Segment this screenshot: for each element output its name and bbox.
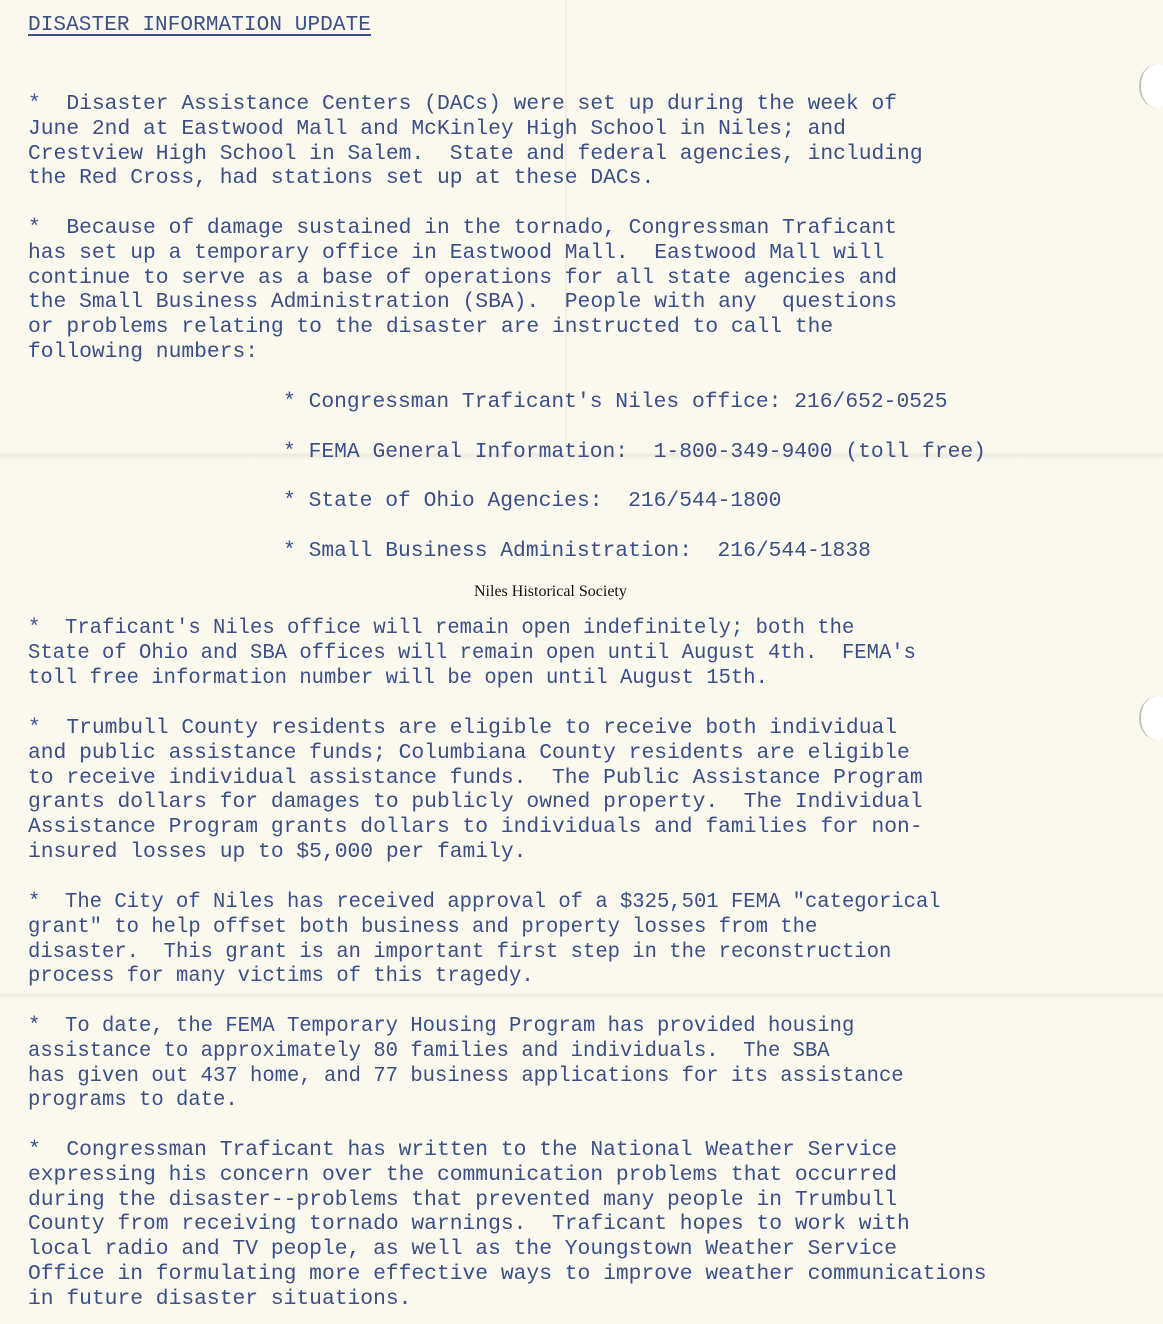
text-line: * Trumbull County residents are eligible…	[28, 716, 923, 741]
text-line: * Disaster Assistance Centers (DACs) wer…	[28, 92, 923, 117]
paragraph-weather-service: * Congressman Traficant has written to t…	[28, 1138, 987, 1312]
contact-phone-number: 216/652-0525	[794, 390, 947, 414]
text-line: programs to date.	[28, 1088, 904, 1113]
text-line: expressing his concern over the communic…	[28, 1163, 987, 1188]
contact-label: Small Business Administration:	[309, 539, 718, 563]
text-line: State of Ohio and SBA offices will remai…	[28, 641, 916, 666]
text-line: * Congressman Traficant has written to t…	[28, 1138, 987, 1163]
contact-item: * State of Ohio Agencies: 216/544-1800	[283, 489, 986, 539]
text-line: to receive individual assistance funds. …	[28, 766, 923, 791]
contact-item: * FEMA General Information: 1-800-349-94…	[283, 440, 986, 490]
document-title: DISASTER INFORMATION UPDATE	[28, 14, 371, 37]
text-line: * Traficant's Niles office will remain o…	[28, 616, 916, 641]
text-line: * To date, the FEMA Temporary Housing Pr…	[28, 1014, 904, 1039]
bullet-asterisk: *	[283, 440, 309, 464]
text-line: the Red Cross, had stations set up at th…	[28, 166, 923, 191]
contact-label: FEMA General Information:	[309, 440, 654, 464]
bullet-asterisk: *	[283, 489, 309, 513]
text-line: and public assistance funds; Columbiana …	[28, 741, 923, 766]
text-line: assistance to approximately 80 families …	[28, 1039, 904, 1064]
contact-label: State of Ohio Agencies:	[309, 489, 629, 513]
contact-phone-number: 216/544-1838	[718, 539, 871, 563]
contact-note: (toll free)	[833, 440, 986, 464]
text-line: Crestview High School in Salem. State an…	[28, 142, 923, 167]
text-line: * Because of damage sustained in the tor…	[28, 216, 897, 241]
contact-phone-number: 216/544-1800	[628, 489, 781, 513]
contact-item: * Small Business Administration: 216/544…	[283, 539, 986, 589]
paragraph-dacs: * Disaster Assistance Centers (DACs) wer…	[28, 92, 923, 191]
bullet-asterisk: *	[283, 539, 309, 563]
paragraph-housing: * To date, the FEMA Temporary Housing Pr…	[28, 1014, 904, 1113]
text-line: the Small Business Administration (SBA).…	[28, 290, 897, 315]
contact-label: Congressman Traficant's Niles office:	[309, 390, 795, 414]
paragraph-categorical-grant: * The City of Niles has received approva…	[28, 890, 941, 989]
text-line: or problems relating to the disaster are…	[28, 315, 897, 340]
bullet-asterisk: *	[283, 390, 309, 414]
text-line: June 2nd at Eastwood Mall and McKinley H…	[28, 117, 923, 142]
punch-hole-middle	[1139, 696, 1163, 740]
paragraph-office-hours: * Traficant's Niles office will remain o…	[28, 616, 916, 690]
text-line: insured losses up to $5,000 per family.	[28, 840, 923, 865]
contact-list: * Congressman Traficant's Niles office: …	[283, 390, 986, 588]
punch-hole-top	[1139, 64, 1163, 108]
text-line: has given out 437 home, and 77 business …	[28, 1064, 904, 1089]
scanned-page: DISASTER INFORMATION UPDATE * Disaster A…	[0, 0, 1163, 1324]
text-line: continue to serve as a base of operation…	[28, 266, 897, 291]
text-line: disaster. This grant is an important fir…	[28, 940, 941, 965]
contact-item: * Congressman Traficant's Niles office: …	[283, 390, 986, 440]
text-line: Office in formulating more effective way…	[28, 1262, 987, 1287]
text-line: * The City of Niles has received approva…	[28, 890, 941, 915]
text-line: toll free information number will be ope…	[28, 666, 916, 691]
text-line: grants dollars for damages to publicly o…	[28, 790, 923, 815]
contact-phone-number: 1-800-349-9400	[654, 440, 833, 464]
watermark-label: Niles Historical Society	[474, 583, 627, 601]
text-line: grant" to help offset both business and …	[28, 915, 941, 940]
text-line: process for many victims of this tragedy…	[28, 964, 941, 989]
text-line: has set up a temporary office in Eastwoo…	[28, 241, 897, 266]
text-line: County from receiving tornado warnings. …	[28, 1212, 987, 1237]
text-line: following numbers:	[28, 340, 897, 365]
paragraph-temporary-office: * Because of damage sustained in the tor…	[28, 216, 897, 365]
text-line: in future disaster situations.	[28, 1287, 987, 1312]
text-line: during the disaster--problems that preve…	[28, 1188, 987, 1213]
text-line: local radio and TV people, as well as th…	[28, 1237, 987, 1262]
text-line: Assistance Program grants dollars to ind…	[28, 815, 923, 840]
paragraph-eligibility: * Trumbull County residents are eligible…	[28, 716, 923, 865]
